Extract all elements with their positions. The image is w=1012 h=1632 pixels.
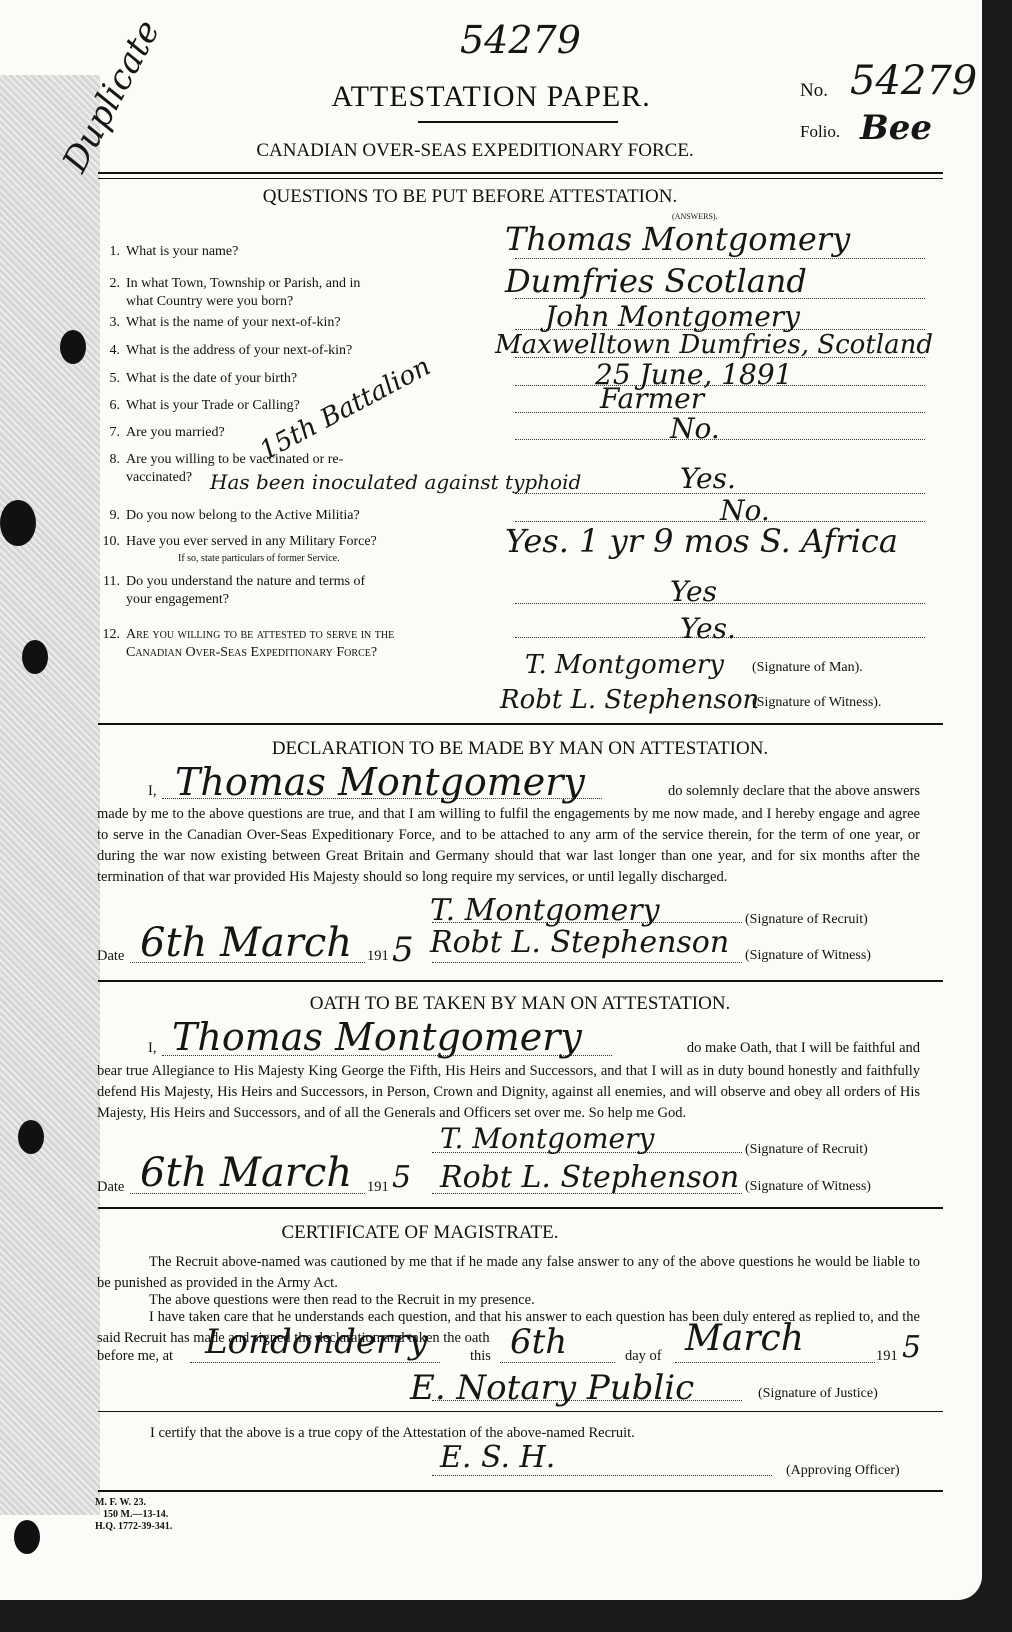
declaration-prefix: I, — [148, 783, 156, 800]
declaration-signature-recruit-label: (Signature of Recruit) — [745, 912, 868, 928]
answer-vaccinated: Yes. — [680, 462, 736, 495]
oath-date: 6th March — [140, 1150, 352, 1196]
before-me-label: before me, at — [97, 1348, 173, 1365]
question-3: 3.What is the name of your next-of-kin? — [100, 314, 341, 332]
declaration-signature-witness: Robt L. Stephenson — [430, 925, 729, 960]
declaration-signature-witness-label: (Signature of Witness) — [745, 948, 871, 964]
question-12: 12.Are you willing to be attested to ser… — [100, 626, 394, 662]
declaration-signature-recruit: T. Montgomery — [430, 893, 660, 928]
question-10-note: If so, state particulars of former Servi… — [178, 553, 340, 564]
declaration-text-first: do solemnly declare that the above answe… — [604, 783, 920, 800]
form-reference: M. F. W. 23. 150 M.—13-14. H.Q. 1772-39-… — [95, 1497, 172, 1533]
answer-next-of-kin: John Montgomery — [545, 300, 800, 333]
number-value: 54279 — [850, 58, 977, 104]
oath-signature-witness: Robt L. Stephenson — [440, 1160, 739, 1195]
certificate-year-prefix: 191 — [876, 1348, 898, 1365]
punch-hole — [22, 640, 48, 674]
declaration-name: Thomas Montgomery — [175, 760, 585, 804]
answer-name: Thomas Montgomery — [505, 220, 850, 258]
oath-heading: OATH TO BE TAKEN BY MAN ON ATTESTATION. — [100, 993, 940, 1015]
oath-name: Thomas Montgomery — [172, 1015, 582, 1059]
folio-label: Folio. — [800, 122, 840, 142]
day-of-label: day of — [625, 1348, 662, 1365]
approving-officer-signature: E. S. H. — [440, 1440, 555, 1475]
question-1: 1.What is your name? — [100, 243, 238, 261]
certificate-heading: CERTIFICATE OF MAGISTRATE. — [100, 1222, 740, 1244]
number-label: No. — [800, 80, 828, 102]
document-title: ATTESTATION PAPER. — [0, 80, 982, 114]
declaration-year-prefix: 191 — [367, 948, 389, 965]
declaration-body: made by me to the above questions are tr… — [97, 804, 920, 888]
punch-hole — [60, 330, 86, 364]
document-subtitle: CANADIAN OVER-SEAS EXPEDITIONARY FORCE. — [150, 140, 800, 162]
question-6: 6.What is your Trade or Calling? — [100, 397, 300, 415]
certificate-year-suffix: 5 — [902, 1330, 921, 1365]
signature-witness-questions-label: (Signature of Witness). — [752, 695, 881, 711]
question-10: 10.Have you ever served in any Military … — [100, 533, 377, 551]
question-9: 9.Do you now belong to the Active Militi… — [100, 507, 360, 525]
answer-understand-terms: Yes — [670, 575, 717, 608]
answer-military-service: Yes. 1 yr 9 mos S. Africa — [505, 522, 898, 560]
this-label: this — [470, 1348, 491, 1365]
certificate-month: March — [685, 1318, 804, 1359]
answer-trade: Farmer — [600, 382, 704, 415]
bottom-rule — [98, 1490, 943, 1492]
question-11: 11.Do you understand the nature and term… — [100, 573, 365, 609]
answer-birthplace: Dumfries Scotland — [505, 262, 807, 300]
header-rule-bottom — [98, 178, 943, 179]
oath-signature-recruit: T. Montgomery — [440, 1122, 654, 1155]
header-rule-top — [98, 172, 943, 174]
answer-next-of-kin-address: Maxwelltown Dumfries, Scotland — [495, 330, 933, 360]
section-divider — [98, 1207, 943, 1209]
question-2: 2.In what Town, Township or Parish, and … — [100, 275, 360, 311]
oath-year-suffix: 5 — [392, 1160, 411, 1195]
folio-value: Bee — [860, 108, 932, 148]
margin-annotation-inoculated: Has been inoculated against typhoid — [210, 470, 581, 494]
oath-signature-witness-label: (Signature of Witness) — [745, 1179, 871, 1195]
question-4: 4.What is the address of your next-of-ki… — [100, 342, 352, 360]
question-7: 7.Are you married? — [100, 424, 225, 442]
punch-hole — [0, 500, 36, 546]
question-5: 5.What is the date of your birth? — [100, 370, 297, 388]
oath-date-label: Date — [97, 1179, 124, 1196]
questions-heading: QUESTIONS TO BE PUT BEFORE ATTESTATION. — [150, 186, 790, 208]
certificate-day: 6th — [510, 1322, 567, 1362]
declaration-date-label: Date — [97, 948, 124, 965]
punch-hole — [14, 1520, 40, 1554]
signature-man-label: (Signature of Man). — [752, 660, 863, 676]
section-divider — [98, 723, 943, 725]
oath-prefix: I, — [148, 1040, 156, 1057]
certificate-para-caution: The Recruit above-named was cautioned by… — [97, 1252, 920, 1294]
certificate-place: Londonderry — [205, 1322, 428, 1362]
signature-man: T. Montgomery — [525, 650, 724, 680]
signature-justice-label: (Signature of Justice) — [758, 1386, 878, 1402]
section-divider — [98, 1411, 943, 1412]
oath-year-prefix: 191 — [367, 1179, 389, 1196]
answer-married: No. — [670, 412, 720, 445]
oath-text-first: do make Oath, that I will be faithful an… — [612, 1040, 920, 1057]
signature-witness-questions: Robt L. Stephenson — [500, 685, 759, 715]
declaration-date: 6th March — [140, 920, 352, 966]
declaration-year-suffix: 5 — [392, 930, 414, 970]
top-handwritten-number: 54279 — [460, 18, 581, 62]
approving-officer-label: (Approving Officer) — [786, 1463, 900, 1479]
attestation-paper-page: Duplicate 54279 ATTESTATION PAPER. CANAD… — [0, 0, 982, 1600]
signature-justice: E. Notary Public — [410, 1368, 694, 1408]
declaration-heading: DECLARATION TO BE MADE BY MAN ON ATTESTA… — [100, 738, 940, 760]
title-underline — [418, 121, 618, 123]
oath-signature-recruit-label: (Signature of Recruit) — [745, 1142, 868, 1158]
oath-body: bear true Allegiance to His Majesty King… — [97, 1061, 920, 1124]
section-divider — [98, 980, 943, 982]
answer-willing-attested: Yes. — [680, 612, 736, 645]
scanned-binding-edge — [0, 75, 100, 1515]
punch-hole — [18, 1120, 44, 1154]
copy-certification-text: I certify that the above is a true copy … — [150, 1425, 635, 1442]
